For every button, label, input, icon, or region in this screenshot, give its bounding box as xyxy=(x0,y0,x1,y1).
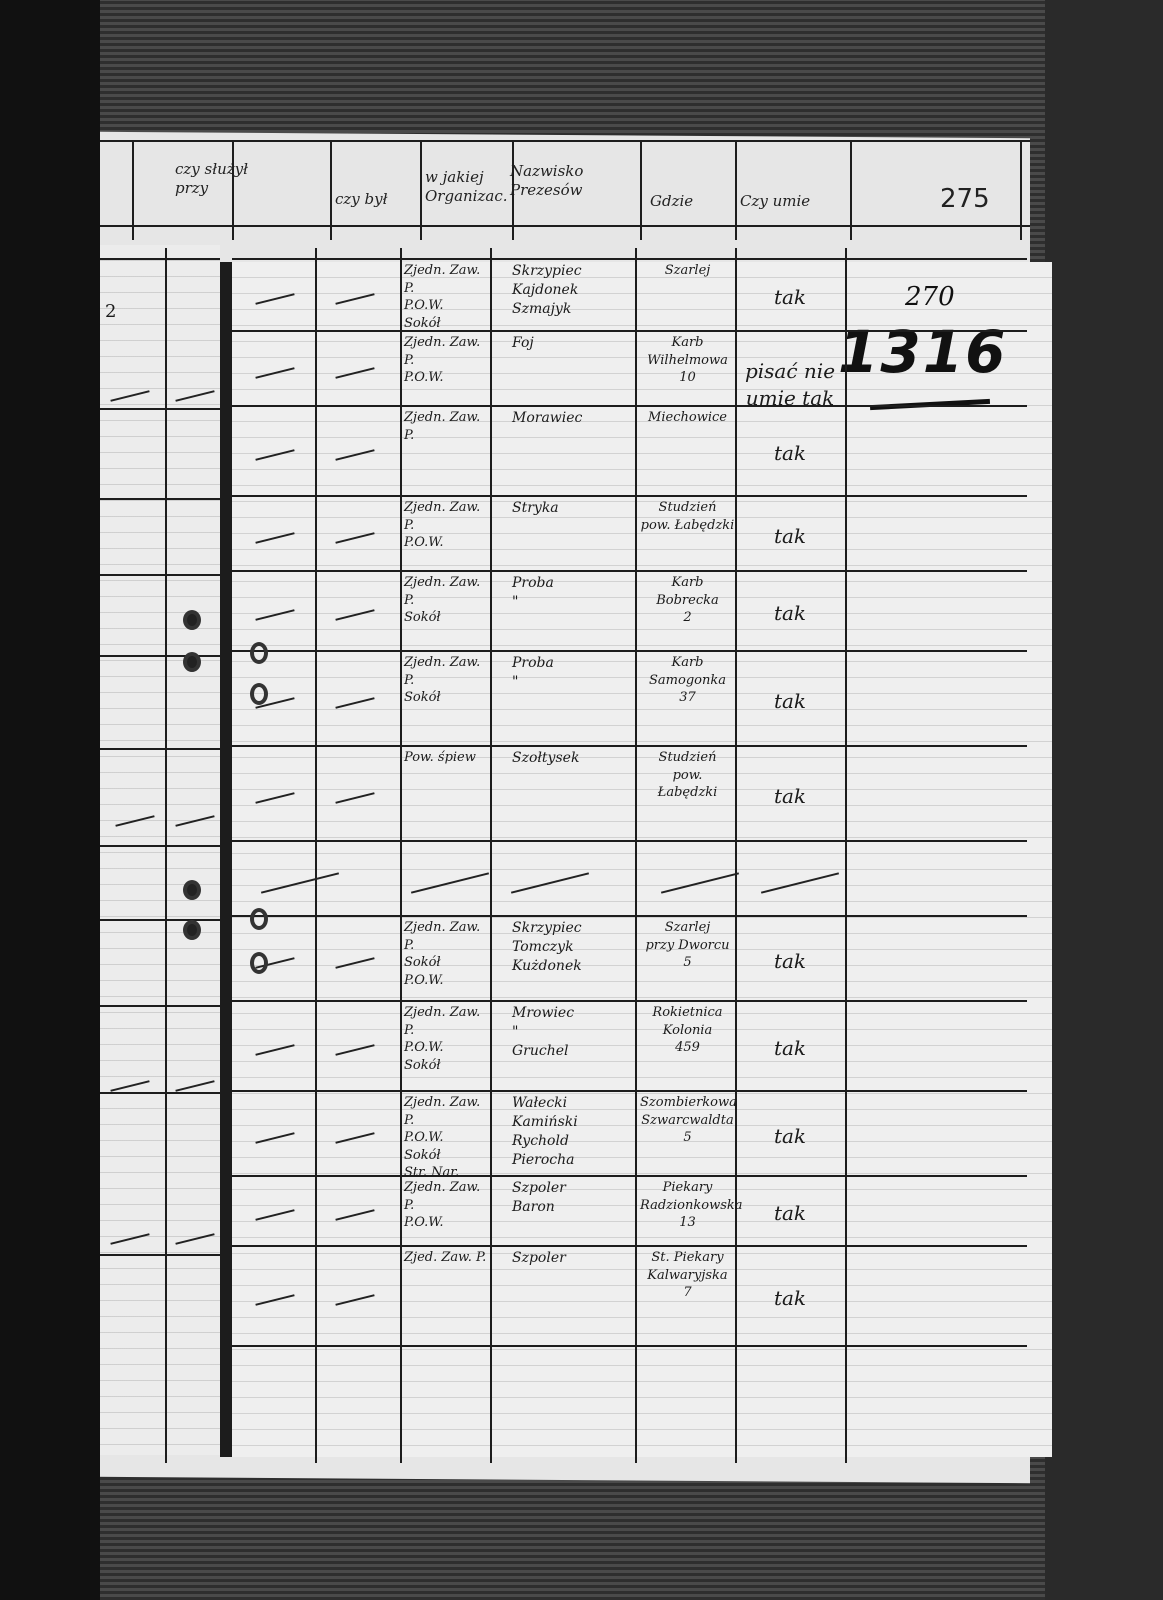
cell-presidents: Skrzypiec Kajdonek Szmajyk xyxy=(512,262,632,319)
table-row-divider xyxy=(232,1175,1027,1177)
margin-row-divider xyxy=(100,845,220,847)
cell-presidents: Stryka xyxy=(512,499,632,518)
cell-organization: Zjedn. Zaw. P. P.O.W. xyxy=(404,1179,489,1232)
cell-can: tak xyxy=(740,948,840,975)
table-row-divider xyxy=(232,1090,1027,1092)
archive-stamp-number: 1316 xyxy=(838,318,1007,386)
film-edge-right xyxy=(1045,0,1163,1600)
cell-where: Szombierkowa Szwarcwaldta 5 xyxy=(640,1094,735,1147)
margin-number: 2 xyxy=(105,300,116,324)
table-row-divider xyxy=(232,1345,1027,1347)
cell-organization: Zjedn. Zaw. P. P.O.W. Sokół Str. Nar. xyxy=(404,1094,489,1182)
cell-organization: Zjedn. Zaw. P. xyxy=(404,409,489,444)
margin-row-divider xyxy=(100,748,220,750)
table-row-divider xyxy=(232,258,1027,260)
punch-hole xyxy=(183,610,201,630)
table-row-divider xyxy=(232,495,1027,497)
front-sheet xyxy=(222,262,1052,1457)
cell-where: Karb Wilhelmowa 10 xyxy=(640,334,735,387)
cell-where: Karb Samogonka 37 xyxy=(640,654,735,707)
header-column-label: Nazwisko Prezesów xyxy=(510,162,583,200)
left-margin-strip xyxy=(100,245,220,1455)
table-column-divider xyxy=(845,248,847,1463)
margin-row-divider xyxy=(100,408,220,410)
cell-organization: Zjedn. Zaw. P. Sokół P.O.W. xyxy=(404,919,489,989)
cell-organization: Zjedn. Zaw. P. Sokół xyxy=(404,654,489,707)
cell-can: tak xyxy=(740,783,840,810)
cell-organization: Pow. śpiew xyxy=(404,749,489,767)
cell-where: Studzień pow. Łabędzki xyxy=(640,499,735,534)
table-column-divider xyxy=(400,248,402,1463)
punch-hole xyxy=(250,908,268,930)
margin-row-divider xyxy=(100,574,220,576)
cell-presidents: Wałecki Kamiński Rychold Pierocha xyxy=(512,1094,632,1170)
cell-where: St. Piekary Kalwaryjska 7 xyxy=(640,1249,735,1302)
header-column-label: w jakiej Organizac. xyxy=(425,168,508,206)
table-row-divider xyxy=(232,330,1027,332)
cell-presidents: Morawiec xyxy=(512,409,632,428)
cell-organization: Zjedn. Zaw. P. Sokół xyxy=(404,574,489,627)
table-row-divider xyxy=(232,650,1027,652)
cell-organization: Zjedn. Zaw. P. P.O.W. Sokół xyxy=(404,1004,489,1074)
table-column-divider xyxy=(735,248,737,1463)
punch-hole xyxy=(183,880,201,900)
film-edge-left xyxy=(0,0,100,1600)
margin-row-divider xyxy=(100,655,220,657)
cell-presidents: Proba " xyxy=(512,654,632,692)
punch-hole xyxy=(250,952,268,974)
table-row-divider xyxy=(232,1000,1027,1002)
table-column-divider xyxy=(490,248,492,1463)
header-column-label: Czy umie xyxy=(740,192,810,211)
cell-where: Karb Bobrecka 2 xyxy=(640,574,735,627)
page-number: 275 xyxy=(940,184,990,214)
cell-presidents: Szpoler xyxy=(512,1249,632,1268)
punch-hole xyxy=(183,920,201,940)
margin-row-divider xyxy=(100,498,220,500)
margin-row-divider xyxy=(100,1092,220,1094)
cell-where: Rokietnica Kolonia 459 xyxy=(640,1004,735,1057)
cell-can: tak xyxy=(740,1200,840,1227)
cell-organization: Zjed. Zaw. P. xyxy=(404,1249,489,1267)
margin-row-divider xyxy=(100,258,220,260)
cell-where: Piekary Radzionkowska 13 xyxy=(640,1179,735,1232)
cell-presidents: Mrowiec " Gruchel xyxy=(512,1004,632,1061)
punch-hole xyxy=(183,652,201,672)
table-row-divider xyxy=(232,840,1027,842)
margin-row-divider xyxy=(100,1005,220,1007)
punch-hole xyxy=(250,683,268,705)
cell-can: tak xyxy=(740,600,840,627)
cell-presidents: Szpoler Baron xyxy=(512,1179,632,1217)
cell-presidents: Proba " xyxy=(512,574,632,612)
cell-where: Studzień pow. Łabędzki xyxy=(640,749,735,802)
margin-row-divider xyxy=(100,1254,220,1256)
binding-edge xyxy=(220,262,232,1457)
cell-where: Szarlej xyxy=(640,262,735,280)
cell-presidents: Skrzypiec Tomczyk Kużdonek xyxy=(512,919,632,976)
cell-can: tak xyxy=(740,523,840,550)
header-column-label: Gdzie xyxy=(650,192,693,211)
table-row-divider xyxy=(232,1245,1027,1247)
margin-row-divider xyxy=(100,919,220,921)
cell-can: pisać nie umie tak xyxy=(740,358,840,412)
cell-presidents: Foj xyxy=(512,334,632,353)
table-column-divider xyxy=(315,248,317,1463)
cell-organization: Zjedn. Zaw. P. P.O.W. xyxy=(404,334,489,387)
cell-presidents: Szołtysek xyxy=(512,749,632,768)
table-column-divider xyxy=(165,248,167,1463)
cell-organization: Zjedn. Zaw. P. P.O.W. xyxy=(404,499,489,552)
cell-can: tak xyxy=(740,688,840,715)
punch-hole xyxy=(250,642,268,664)
header-top-rule xyxy=(100,140,1030,142)
table-row-divider xyxy=(232,405,1027,407)
header-bottom-rule xyxy=(100,225,1030,227)
cell-can: tak xyxy=(740,1123,840,1150)
cell-where: Miechowice xyxy=(640,409,735,427)
archive-stamp-small: 270 xyxy=(905,282,955,312)
table-column-divider xyxy=(635,248,637,1463)
header-column-label: czy służył przy xyxy=(175,160,248,198)
cell-can: tak xyxy=(740,284,840,311)
cell-where: Szarlej przy Dworcu 5 xyxy=(640,919,735,972)
table-row-divider xyxy=(232,570,1027,572)
cell-can: tak xyxy=(740,1285,840,1312)
cell-can: tak xyxy=(740,1035,840,1062)
cell-organization: Zjedn. Zaw. P. P.O.W. Sokół xyxy=(404,262,489,332)
cell-can: tak xyxy=(740,440,840,467)
header-column-label: czy był xyxy=(335,190,388,209)
table-row-divider xyxy=(232,915,1027,917)
table-row-divider xyxy=(232,745,1027,747)
